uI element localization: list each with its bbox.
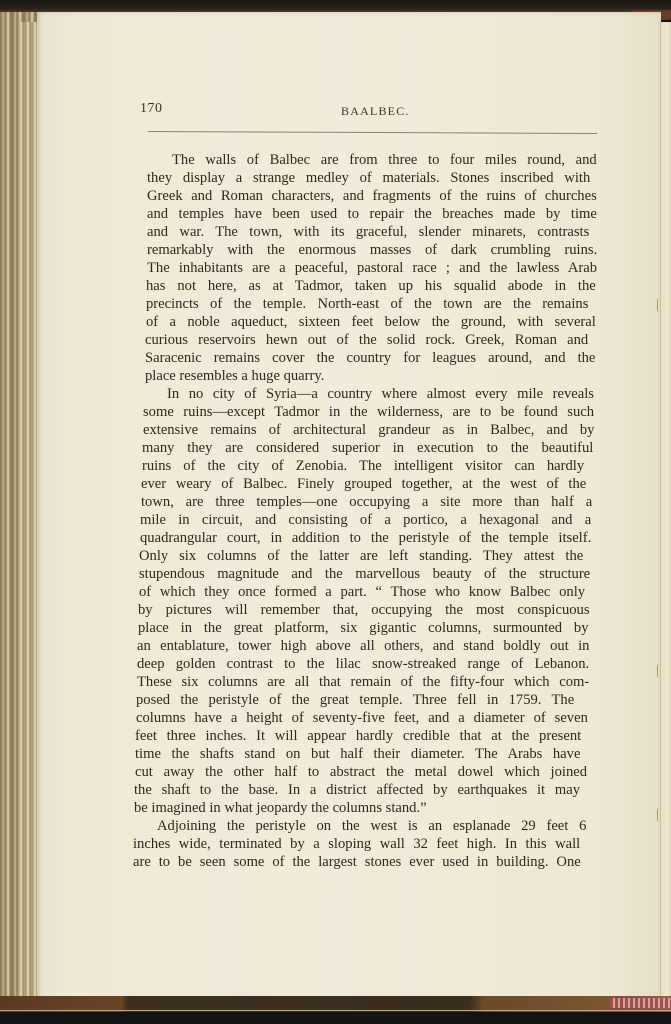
text-line: they display a strange medley of materia… xyxy=(147,169,590,187)
text-line: In no city of Syria—a country where almo… xyxy=(167,385,594,403)
text-line: of which they once formed a part. “ Thos… xyxy=(139,583,585,601)
text-line: These six columns are all that remain of… xyxy=(137,673,589,691)
text-line: The inhabitants are a peaceful, pastoral… xyxy=(147,259,597,277)
text-line: mile in circuit, and consisting of a por… xyxy=(140,511,591,529)
text-line: Greek and Roman characters, and fragment… xyxy=(147,187,597,205)
text-line: remarkably with the enormous masses of d… xyxy=(147,241,597,259)
text-line: many they are considered superior in exe… xyxy=(142,439,593,457)
text-line: Saracenic remains cover the country for … xyxy=(145,349,595,367)
text-line: Adjoining the peristyle on the west is a… xyxy=(157,817,586,835)
text-line: the shaft to the base. In a district aff… xyxy=(134,781,580,799)
text-line: be imagined in what jeopardy the columns… xyxy=(134,799,427,817)
text-line: and war. The town, with its graceful, sl… xyxy=(147,223,589,241)
text-line: columns have a height of seventy-five fe… xyxy=(136,709,588,727)
text-line: town, are three temples—one occupying a … xyxy=(141,493,592,511)
text-line: inches wide, terminated by a sloping wal… xyxy=(133,835,580,853)
text-line: of a noble aqueduct, sixteen feet below … xyxy=(146,313,596,331)
text-line: place in the great platform, six giganti… xyxy=(138,619,589,637)
text-line: has not here, as at Tadmor, taken up his… xyxy=(146,277,596,295)
body-text: The walls of Balbec are from three to fo… xyxy=(0,0,671,1024)
text-line: precincts of the temple. North-east of t… xyxy=(146,295,588,313)
text-line: time the shafts stand on but half their … xyxy=(135,745,580,763)
text-line: ruins of the city of Zenobia. The intell… xyxy=(142,457,584,475)
text-line: cut away the other half to abstract the … xyxy=(135,763,587,781)
text-line: Only six columns of the latter are left … xyxy=(139,547,583,565)
book-scan: 170 BAALBEC. The walls of Balbec are fro… xyxy=(0,0,671,1024)
text-line: by pictures will remember that, occupyin… xyxy=(138,601,590,619)
text-line: and temples have been used to repair the… xyxy=(147,205,597,223)
text-line: quadrangular court, in addition to the p… xyxy=(140,529,591,547)
text-line: are to be seen some of the largest stone… xyxy=(133,853,581,871)
text-line: stupendous magnitude and the marvellous … xyxy=(139,565,590,583)
text-line: ever weary of Balbec. Finely grouped tog… xyxy=(141,475,586,493)
text-line: feet three inches. It will appear hardly… xyxy=(135,727,581,745)
text-line: curious reservoirs hewn out of the solid… xyxy=(145,331,588,349)
text-line: place resembles a huge quarry. xyxy=(145,367,324,385)
text-line: posed the peristyle of the great temple.… xyxy=(136,691,574,709)
text-line: The walls of Balbec are from three to fo… xyxy=(172,151,597,169)
text-line: an entablature, tower high above all oth… xyxy=(137,637,589,655)
text-line: some ruins—except Tadmor in the wilderne… xyxy=(143,403,594,421)
text-line: extensive remains of architectural grand… xyxy=(143,421,594,439)
text-line: deep golden contrast to the lilac snow-s… xyxy=(137,655,589,673)
